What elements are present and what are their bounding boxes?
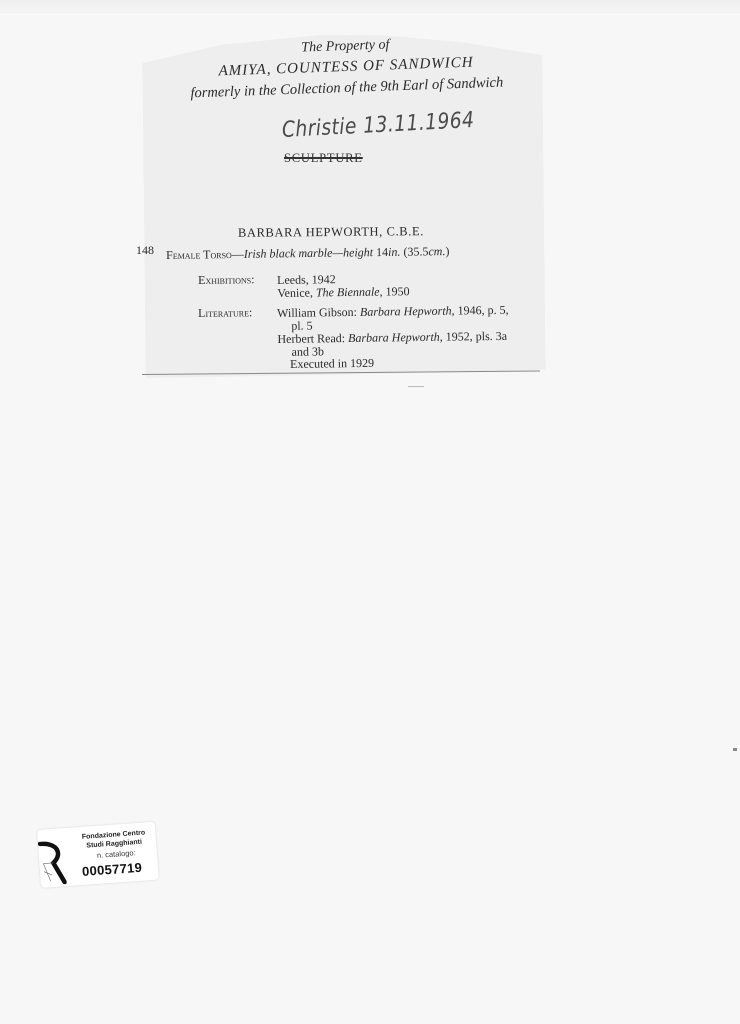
dimension-in-unit: in. (388, 245, 401, 259)
literature-book: Barbara Hepworth (360, 304, 452, 319)
exhibition-title: The Biennale (316, 285, 380, 300)
catalog-number-label: n. catalogo: (97, 848, 136, 860)
literature-list: William Gibson: Barbara Hepworth, 1946, … (277, 303, 538, 359)
execution-date: Executed in 1929 (290, 357, 374, 371)
work-medium: Irish black marble—height (244, 245, 374, 261)
literature-author: William Gibson: (277, 305, 360, 320)
catalog-organization: Fondazione Centro Studi Ragghianti (75, 828, 152, 851)
exhibition-item: Venice, The Biennale, 1950 (277, 285, 409, 300)
literature-label: Literature: (198, 306, 252, 320)
exhibition-year: , 1950 (379, 284, 409, 298)
exhibitions-list: Leeds, 1942 Venice, The Biennale, 1950 (277, 272, 410, 300)
dimension-cm-suffix: ) (445, 244, 449, 258)
section-heading-struck: SCULPTURE (284, 151, 363, 166)
exhibition-place: Venice, (277, 285, 316, 300)
paper-edge-mark (733, 748, 737, 751)
catalog-sticker: Fondazione Centro Studi Ragghianti n. ca… (37, 822, 159, 888)
exhibitions-label: Exhibitions: (198, 273, 255, 287)
dimension-in-value: 14 (373, 245, 388, 259)
ragghianti-r-logo-icon (38, 840, 67, 886)
catalog-number: 00057719 (81, 860, 142, 879)
literature-item: Herbert Read: Barbara Hepworth, 1952, pl… (277, 329, 537, 359)
literature-book: Barbara Hepworth (348, 330, 440, 345)
literature-ref: , 1946, p. 5, (452, 303, 509, 318)
title-separator: — (232, 247, 244, 261)
paper-speck (408, 386, 424, 387)
work-title: Female Torso (166, 247, 232, 262)
lot-number: 148 (136, 243, 154, 258)
page-top-edge (0, 0, 740, 15)
dimension-cm-unit: cm. (428, 244, 445, 258)
dimension-cm-prefix: (35.5 (400, 244, 428, 258)
artist-name: BARBARA HEPWORTH, C.B.E. (238, 224, 424, 241)
literature-ref: , 1952, pls. 3a (440, 329, 508, 344)
